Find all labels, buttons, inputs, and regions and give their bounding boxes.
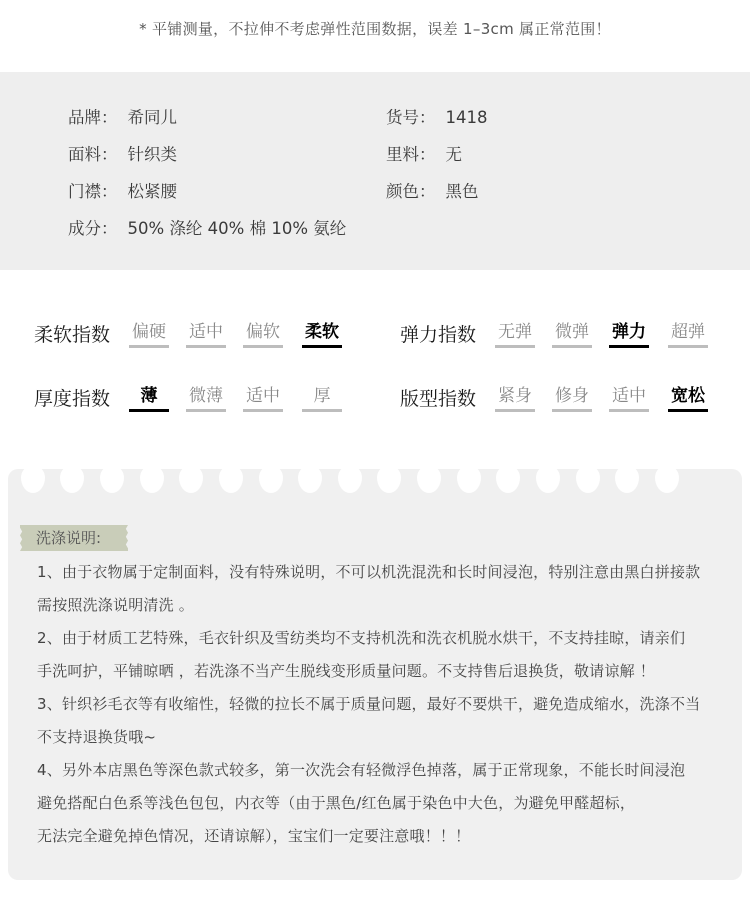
fit-option: 紧身 xyxy=(495,386,535,412)
elasticity-option: 微弹 xyxy=(552,322,592,348)
info-composition: 成分：50% 涤纶 40% 棉 10% 氨纶 xyxy=(68,215,346,239)
notebook-hole xyxy=(338,465,362,493)
elasticity-index-label: 弹力指数 xyxy=(400,320,476,347)
fit-option: 修身 xyxy=(552,386,592,412)
fit-index-label: 版型指数 xyxy=(400,384,476,411)
info-label: 里料： xyxy=(386,141,436,165)
info-color: 颜色：黑色 xyxy=(386,178,479,202)
thickness-option: 厚 xyxy=(302,386,342,412)
info-value: 黑色 xyxy=(446,182,479,201)
wash-line: 无法完全避免掉色情况，还请谅解），宝宝们一定要注意哦！！！ xyxy=(37,825,470,846)
softness-option: 偏软 xyxy=(243,322,283,348)
thickness-option: 微薄 xyxy=(186,386,226,412)
info-label: 颜色： xyxy=(386,178,436,202)
wash-line: 1、由于衣物属于定制面料，没有特殊说明，不可以机洗混洗和长时间浸泡，特别注意由黑… xyxy=(37,561,700,582)
notebook-hole xyxy=(100,465,124,493)
elasticity-option: 超弹 xyxy=(668,322,708,348)
notebook-hole xyxy=(417,465,441,493)
thickness-index-label: 厚度指数 xyxy=(34,384,110,411)
elasticity-option-selected: 弹力 xyxy=(609,322,649,348)
notebook-hole xyxy=(179,465,203,493)
notebook-hole xyxy=(496,465,520,493)
softness-index-label: 柔软指数 xyxy=(34,320,110,347)
info-fabric: 面料：针织类 xyxy=(68,141,177,165)
softness-option: 适中 xyxy=(186,322,226,348)
info-label: 门襟： xyxy=(68,178,118,202)
info-item-no: 货号：1418 xyxy=(386,104,488,128)
info-brand: 品牌：希同儿 xyxy=(68,104,177,128)
info-placket: 门襟：松紧腰 xyxy=(68,178,177,202)
wash-line: 需按照洗涤说明清洗 。 xyxy=(37,594,194,615)
notebook-hole xyxy=(298,465,322,493)
notebook-hole xyxy=(259,465,283,493)
notebook-hole xyxy=(576,465,600,493)
info-label: 货号： xyxy=(386,104,436,128)
notebook-hole xyxy=(536,465,560,493)
fit-option-selected: 宽松 xyxy=(668,386,708,412)
notebook-hole xyxy=(377,465,401,493)
info-value: 50% 涤纶 40% 棉 10% 氨纶 xyxy=(128,219,347,238)
notebook-hole xyxy=(457,465,481,493)
measurement-note: * 平铺测量，不拉伸不考虑弹性范围数据，误差 1–3cm 属正常范围！ xyxy=(0,18,750,39)
elasticity-option: 无弹 xyxy=(495,322,535,348)
wash-line: 2、由于材质工艺特殊，毛衣针织及雪纺类均不支持机洗和洗衣机脱水烘干，不支持挂晾，… xyxy=(37,627,685,648)
thickness-option: 适中 xyxy=(243,386,283,412)
wash-title-tag: 洗涤说明: xyxy=(20,525,128,551)
product-info-panel: 品牌：希同儿 货号：1418 面料：针织类 里料：无 门襟：松紧腰 颜色：黑色 … xyxy=(0,72,750,270)
info-value: 无 xyxy=(446,145,463,164)
info-value: 1418 xyxy=(446,108,488,127)
notebook-hole xyxy=(21,465,45,493)
notebook-hole xyxy=(219,465,243,493)
notebook-hole xyxy=(140,465,164,493)
info-label: 品牌： xyxy=(68,104,118,128)
softness-option-selected: 柔软 xyxy=(302,322,342,348)
notebook-hole xyxy=(655,465,679,493)
softness-option: 偏硬 xyxy=(129,322,169,348)
fit-option: 适中 xyxy=(609,386,649,412)
wash-line: 避免搭配白色系等浅色包包，内衣等（由于黑色/红色属于染色中大色，为避免甲醛超标， xyxy=(37,792,635,813)
info-label: 成分： xyxy=(68,215,118,239)
wash-line: 手洗呵护，平铺晾晒 ，若洗涤不当产生脱线变形质量问题。不支持售后退换货，敬请谅解… xyxy=(37,660,655,681)
wash-line: 4、另外本店黑色等深色款式较多，第一次洗会有轻微浮色掉落，属于正常现象，不能长时… xyxy=(37,759,685,780)
info-label: 面料： xyxy=(68,141,118,165)
wash-line: 不支持退换货哦~ xyxy=(37,726,156,747)
info-value: 松紧腰 xyxy=(128,182,178,201)
thickness-option-selected: 薄 xyxy=(129,386,169,412)
notebook-hole xyxy=(615,465,639,493)
info-value: 针织类 xyxy=(128,145,178,164)
info-value: 希同儿 xyxy=(128,108,178,127)
wash-line: 3、针织衫毛衣等有收缩性，轻微的拉长不属于质量问题，最好不要烘干，避免造成缩水，… xyxy=(37,693,700,714)
info-lining: 里料：无 xyxy=(386,141,462,165)
notebook-hole xyxy=(60,465,84,493)
